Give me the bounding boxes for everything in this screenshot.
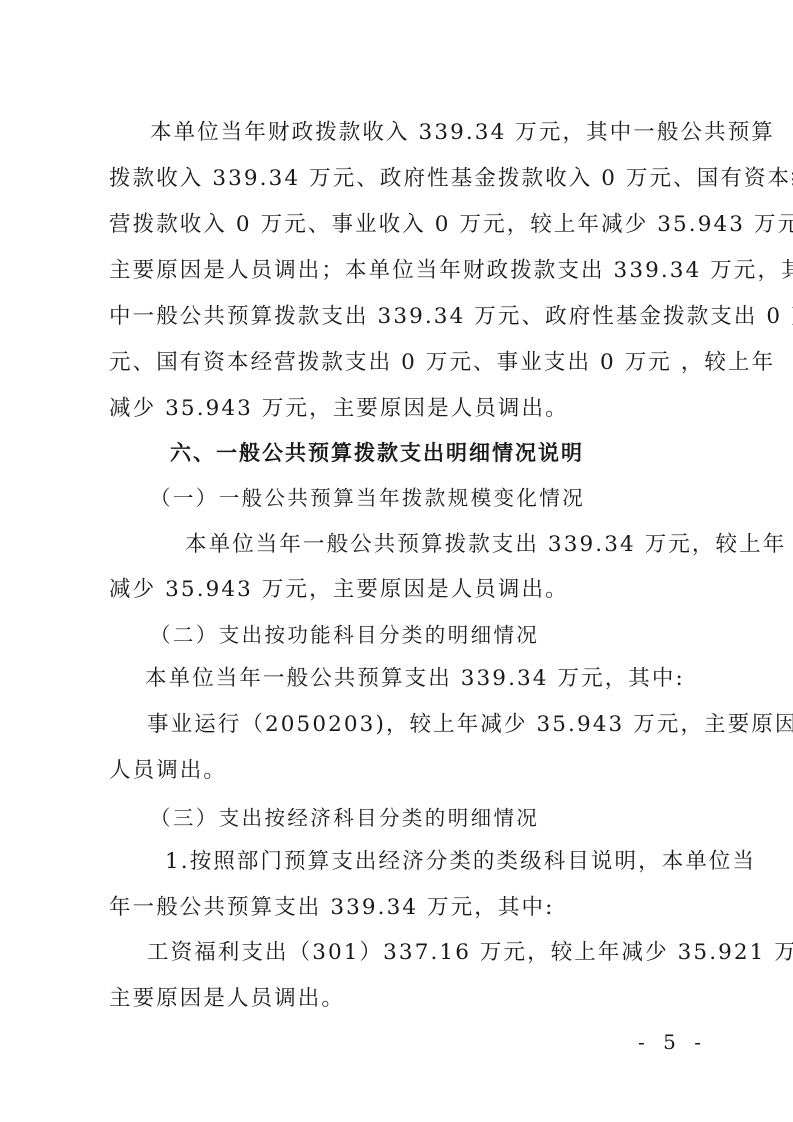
- paragraph-line: 营拨款收入 0 万元、事业收入 0 万元，较上年减少 35.943 万元，: [109, 213, 701, 237]
- paragraph-line: 本单位当年一般公共预算支出 339.34 万元，其中:: [145, 667, 737, 691]
- paragraph-line: 人员调出。: [109, 759, 701, 783]
- paragraph-line: 中一般公共预算拨款支出 339.34 万元、政府性基金拨款支出 0 万: [109, 305, 701, 329]
- paragraph-line: 工资福利支出（301）337.16 万元，较上年减少 35.921 万元，: [147, 941, 701, 965]
- paragraph-line: 本单位当年财政拨款收入 339.34 万元，其中一般公共预算: [150, 121, 701, 145]
- page-number: - 5 -: [638, 1030, 707, 1054]
- paragraph-line: 事业运行（2050203)，较上年减少 35.943 万元，主要原因是: [147, 713, 701, 737]
- paragraph-line: 主要原因是人员调出；本单位当年财政拨款支出 339.34 万元，其: [109, 259, 701, 283]
- subsection-title: （二）支出按功能科目分类的明细情况: [150, 623, 742, 647]
- subsection-title: （三）支出按经济科目分类的明细情况: [150, 806, 742, 830]
- paragraph-line: 本单位当年一般公共预算拨款支出 339.34 万元，较上年: [185, 533, 701, 557]
- section-heading: 六、一般公共预算拨款支出明细情况说明: [170, 441, 762, 465]
- paragraph-line: 1.按照部门预算支出经济分类的类级科目说明，本单位当: [165, 850, 701, 874]
- paragraph-line: 减少 35.943 万元，主要原因是人员调出。: [109, 578, 701, 602]
- paragraph-line: 主要原因是人员调出。: [109, 987, 701, 1011]
- paragraph-line: 减少 35.943 万元，主要原因是人员调出。: [109, 397, 701, 421]
- paragraph-line: 拨款收入 339.34 万元、政府性基金拨款收入 0 万元、国有资本经: [109, 167, 701, 191]
- paragraph-line: 年一般公共预算支出 339.34 万元，其中:: [109, 896, 701, 920]
- paragraph-line: 元、国有资本经营拨款支出 0 万元、事业支出 0 万元 ，较上年: [109, 351, 701, 375]
- subsection-title: （一）一般公共预算当年拨款规模变化情况: [150, 486, 742, 510]
